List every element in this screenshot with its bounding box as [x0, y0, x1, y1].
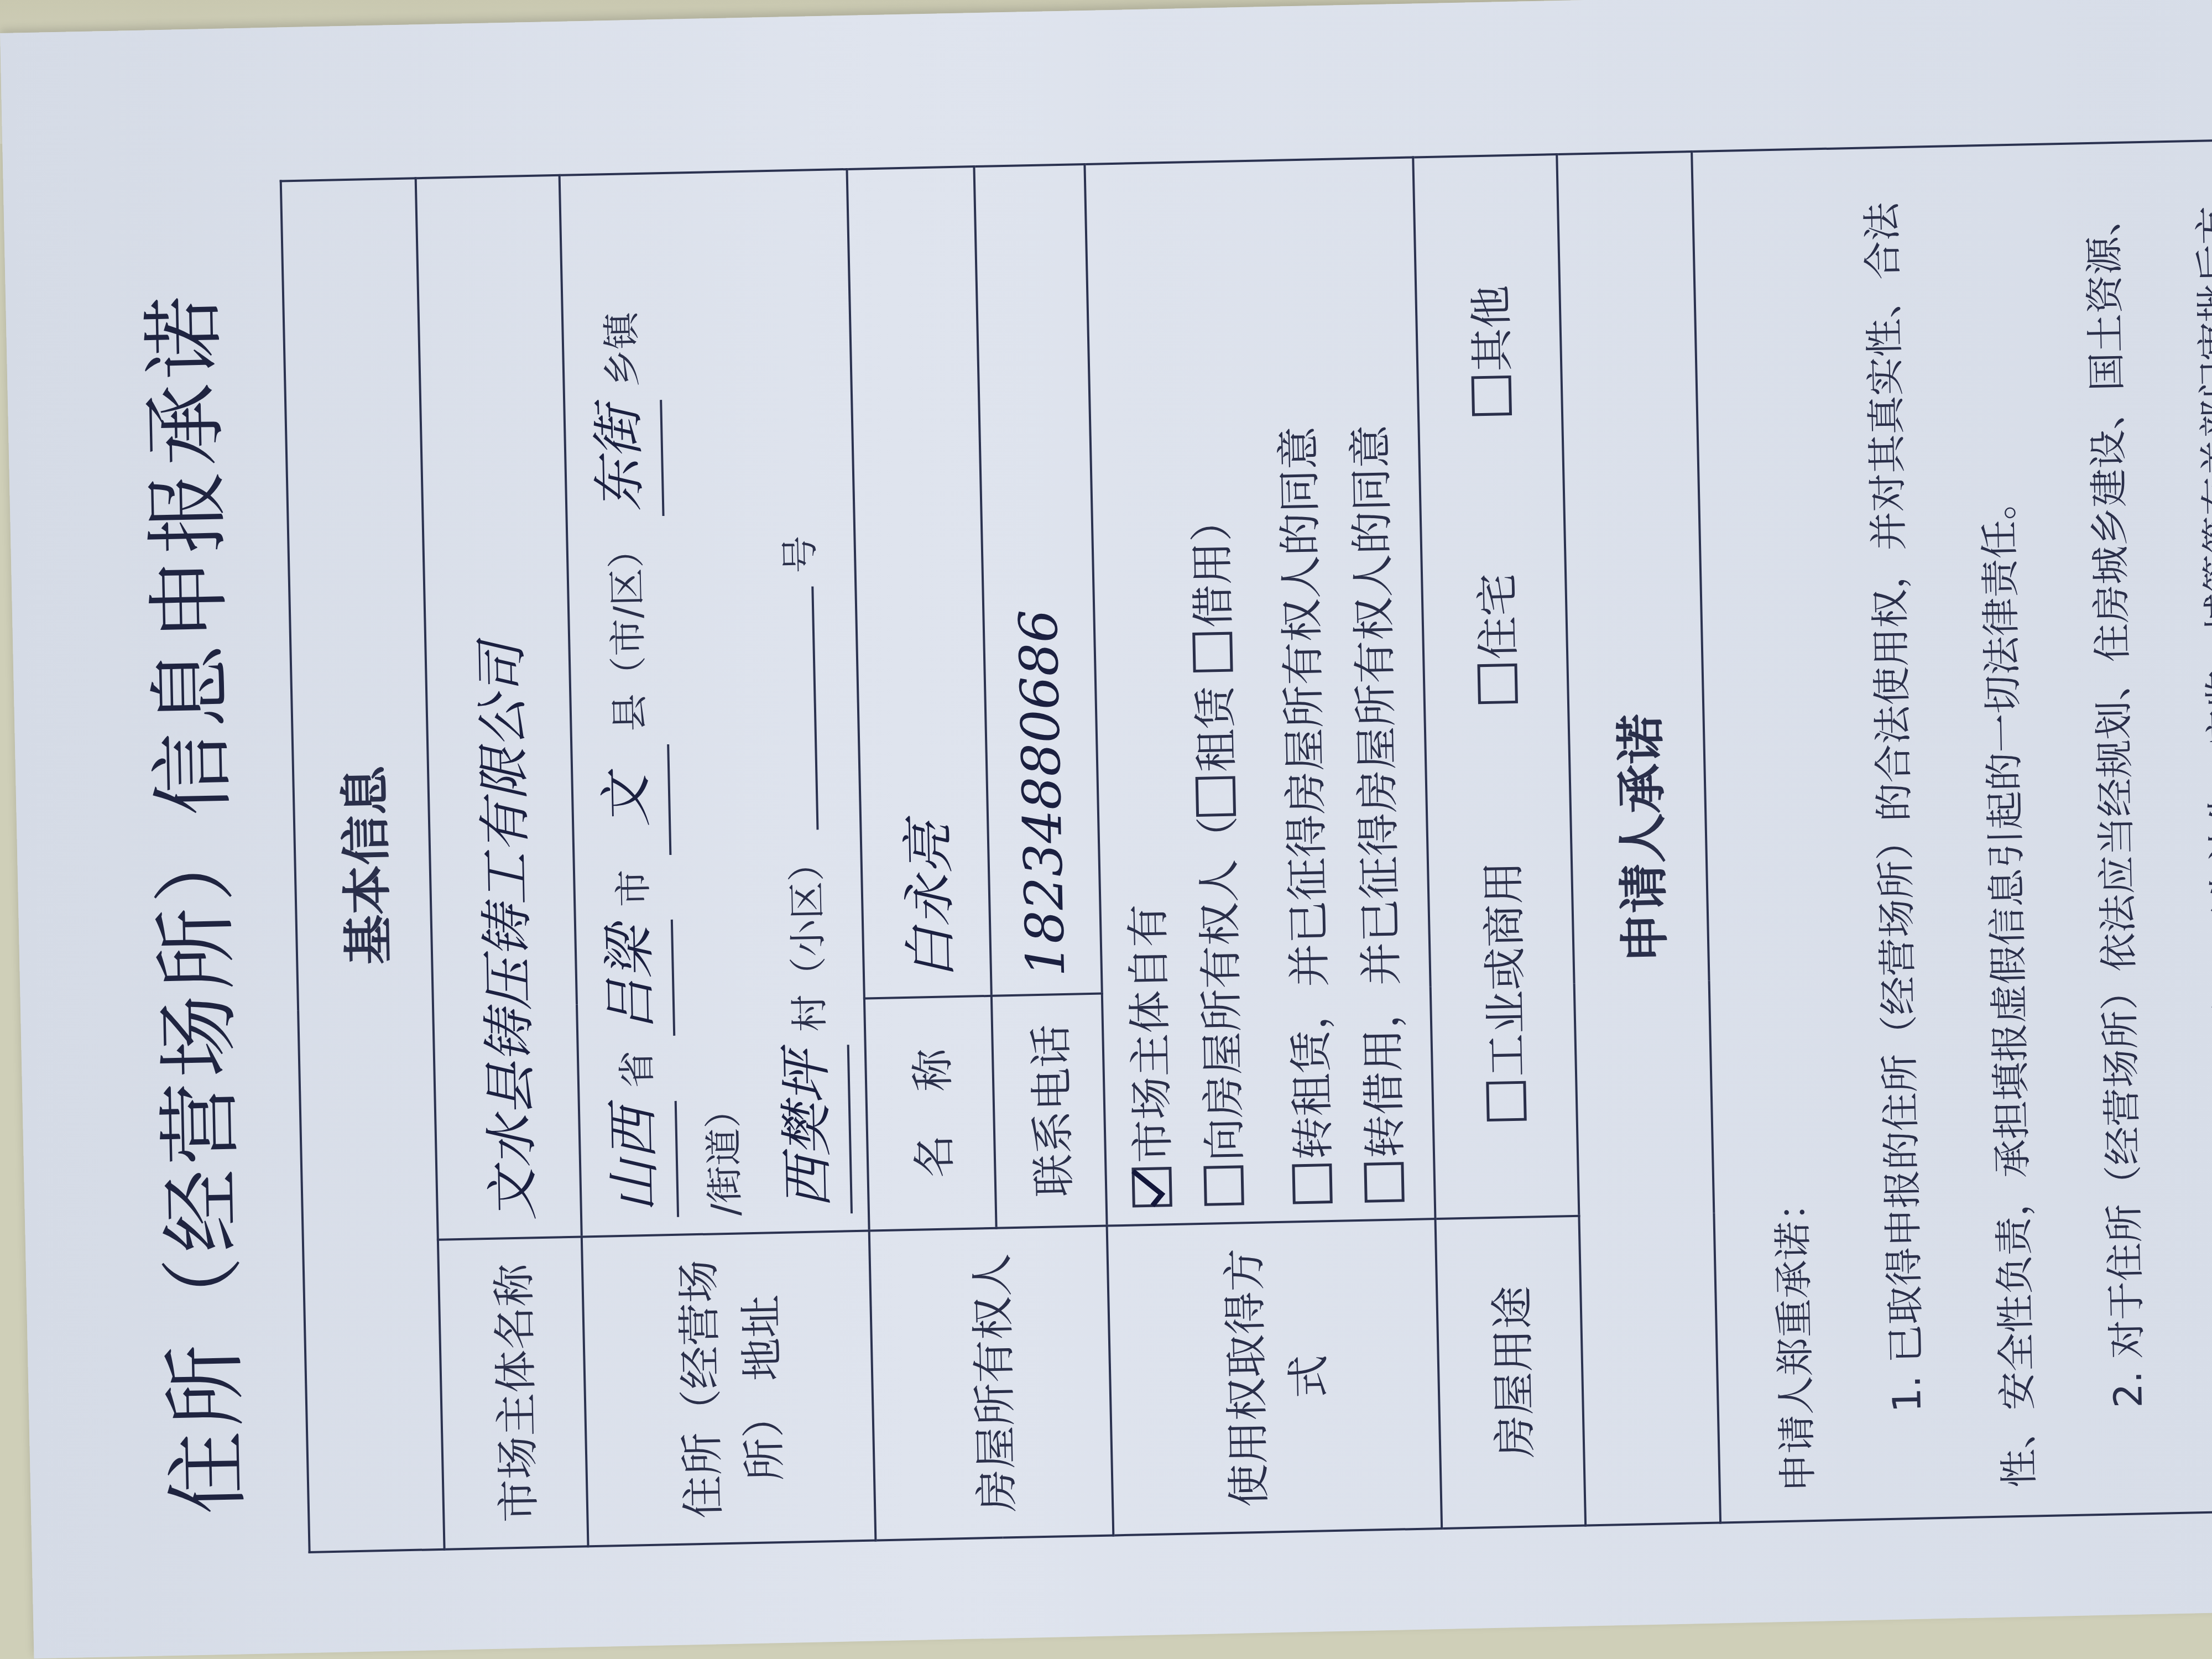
owner-phone-field[interactable]: 18234880686 [974, 164, 1102, 996]
use-right-options: 市场主体自有 向房屋所有权人（租赁 借用） 转租赁，并已征得房屋所有权人的同意 … [1084, 158, 1435, 1226]
checkbox-borrow[interactable] [1192, 632, 1233, 672]
owner-name-label: 名 称 [864, 996, 997, 1231]
owner-phone-label: 联系电话 [992, 994, 1107, 1228]
house-number-field[interactable] [811, 587, 818, 830]
checkbox-other[interactable] [1472, 375, 1512, 416]
usage-label: 房屋用途 [1435, 1216, 1585, 1528]
commitment-body: 申请人郑重承诺： 1. 已取得申报的住所（经营场所）的合法使用权，并对其真实性、… [1692, 117, 2212, 1523]
form-title: 住所（经营场所）信息申报承诺 [114, 183, 263, 1623]
option-label: 借用） [1187, 498, 1239, 629]
checkbox-self-owned[interactable] [1131, 1167, 1172, 1207]
owner-name-field[interactable]: 白永亮 [847, 166, 991, 999]
market-entity-label: 市场主体名称 [438, 1237, 588, 1549]
option-label: 市场主体自有 [1123, 904, 1178, 1164]
paper-sheet: 住所（经营场所）信息申报承诺 基本信息 市场主体名称 文水县铸压铸工有限公司 住… [0, 0, 2212, 1658]
checkbox-lease[interactable] [1196, 776, 1236, 817]
number-suffix: 号 [778, 535, 822, 574]
use-right-label: 使用权取得方式 [1107, 1219, 1442, 1535]
form-page: 住所（经营场所）信息申报承诺 基本信息 市场主体名称 文水县铸压铸工有限公司 住… [103, 144, 2124, 1624]
city-field[interactable]: 吕梁 [588, 920, 675, 1037]
village-suffix: 村（小区） [785, 843, 832, 1032]
county-field[interactable]: 文 [584, 744, 671, 857]
option-industrial-commercial[interactable]: 工业或商用 [1469, 860, 1536, 1121]
township-suffix: 乡镇 [600, 311, 645, 388]
commitment-item: 2. 对于住所（经营场所）依法应当经规划、住房城乡建设、国土资源、房屋管理、公安… [2047, 166, 2212, 1486]
checkbox-from-owner[interactable] [1203, 1165, 1244, 1206]
option-residential[interactable]: 住宅 [1463, 572, 1527, 704]
owner-label: 房屋所有权人 [869, 1226, 1114, 1541]
province-suffix: 省 [615, 1050, 660, 1089]
city-suffix: 市 [612, 869, 656, 907]
township-field[interactable]: 东街 [577, 400, 664, 518]
commitment-item: 1. 已取得申报的住所（经营场所）的合法使用权，并对其真实性、合法性、安全性负责… [1826, 173, 2075, 1491]
address-label: 住所（经营场所） 地址 [582, 1231, 876, 1547]
option-from-owner[interactable]: 向房屋所有权人（租赁 借用） [1176, 498, 1262, 1206]
checkbox-residential[interactable] [1477, 664, 1517, 704]
checkbox-sublease[interactable] [1292, 1164, 1332, 1204]
village-field[interactable]: 西樊坪 [764, 1045, 853, 1215]
county-suffix: 县（市/区） [604, 530, 653, 732]
option-label: 转借用，并已征得房屋所有权人的同意 [1345, 424, 1411, 1159]
address-field: 山西 省 吕梁 市 文 县（市/区） 东街 乡镇 /街道） 西樊坪 村（ [560, 169, 869, 1237]
option-label: 工业或商用 [1479, 860, 1533, 1077]
street-suffix: /街道） [701, 1090, 748, 1217]
option-other[interactable]: 其他 [1457, 285, 1521, 416]
checkbox-industrial-commercial[interactable] [1486, 1081, 1526, 1121]
market-entity-name-field[interactable]: 文水县铸压铸工有限公司 [416, 175, 582, 1240]
option-self-owned[interactable]: 市场主体自有 [1112, 903, 1190, 1208]
option-label: 住宅 [1473, 573, 1524, 660]
form-table: 基本信息 市场主体名称 文水县铸压铸工有限公司 住所（经营场所） 地址 山西 省… [280, 116, 2212, 1553]
checkbox-sub-borrow[interactable] [1364, 1162, 1404, 1202]
province-field[interactable]: 山西 [592, 1101, 679, 1219]
option-label: 其他 [1467, 285, 1518, 372]
option-label: 转租赁，并已征得房屋所有权人的同意 [1274, 426, 1339, 1160]
usage-options: 工业或商用 住宅 其他 [1413, 154, 1579, 1219]
option-label: 向房屋所有权人（ [1193, 816, 1250, 1162]
option-label: 租赁 [1191, 685, 1242, 773]
